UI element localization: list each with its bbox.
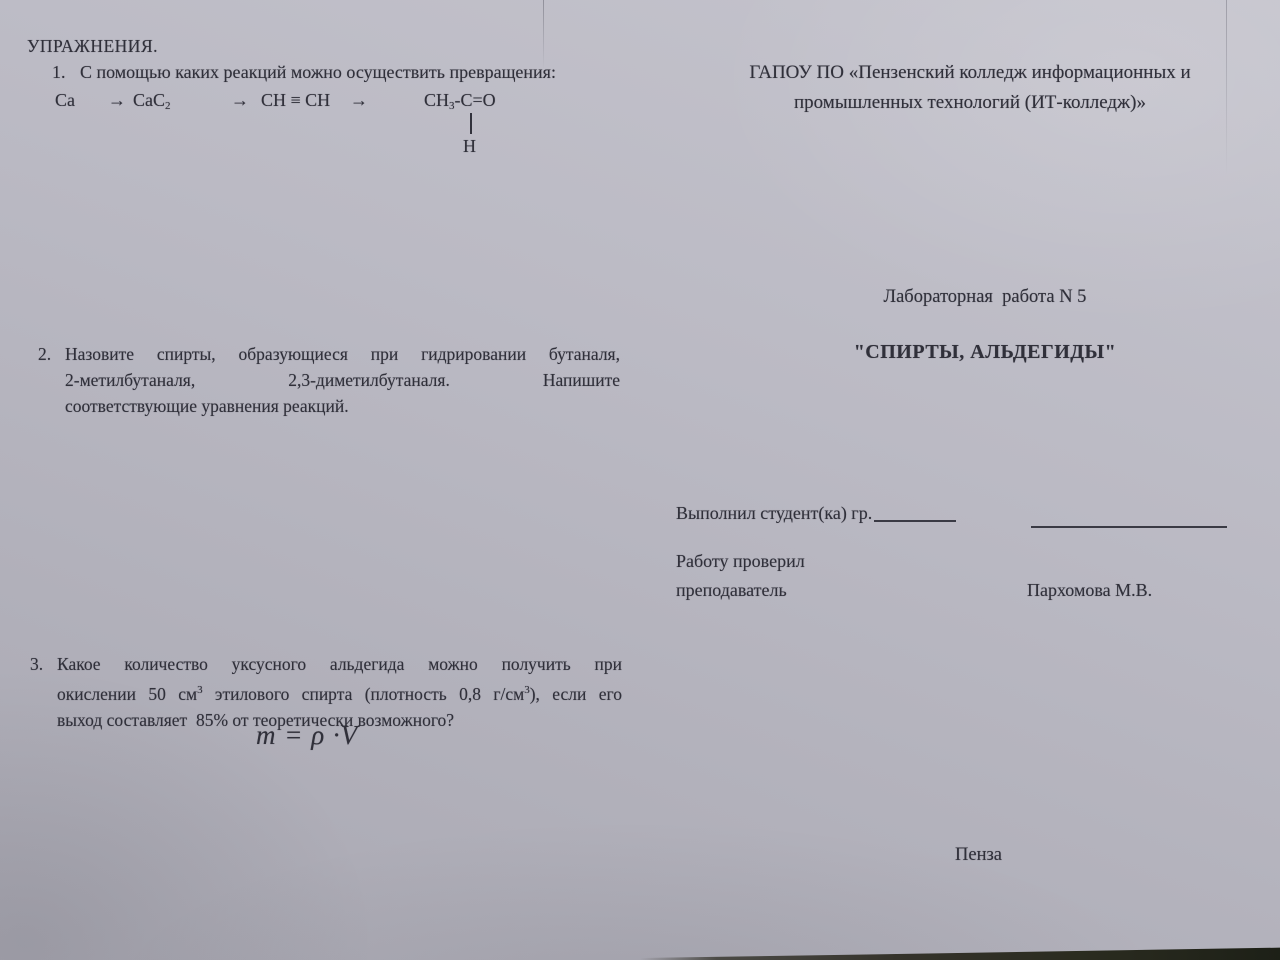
exercise-2-line-1: Назовите спирты, образующиеся при гидрир… xyxy=(65,341,620,367)
exercises-heading: УПРАЖНЕНИЯ. xyxy=(27,36,158,57)
student-label: Выполнил студент(ка) гр. xyxy=(676,503,872,523)
exercise-2-line-3: соответствующие уравнения реакций. xyxy=(65,393,620,419)
exercise-2: 2. Назовите спирты, образующиеся при гид… xyxy=(38,341,620,419)
chem-subscript: 2 xyxy=(165,100,171,112)
mass-formula: m = ρ ·V xyxy=(256,720,358,751)
chem-arrow-3: → xyxy=(350,90,368,111)
exercise-3-line-2: окислении 50 см3 этилового спирта (плотн… xyxy=(57,677,622,707)
document-photo: УПРАЖНЕНИЯ. 1. С помощью каких реакций м… xyxy=(0,0,1280,960)
checked-by-line-1: Работу проверил xyxy=(676,551,805,572)
exercise-2-number: 2. xyxy=(38,341,51,367)
student-group-blank xyxy=(874,518,956,522)
chem-arrow-1: → xyxy=(108,90,126,111)
city-name: Пенза xyxy=(955,845,1002,866)
lab-work-title: Лабораторная работа N 5 xyxy=(750,287,1220,308)
exercise-1-number: 1. xyxy=(52,62,80,83)
paper-fold-line xyxy=(543,0,544,70)
institution-name-line-1: ГАПОУ ПО «Пензенский колледж информацион… xyxy=(690,58,1250,88)
institution-header: ГАПОУ ПО «Пензенский колледж информацион… xyxy=(690,58,1250,118)
student-name-blank xyxy=(1031,508,1227,528)
student-fill-line: Выполнил студент(ка) гр. xyxy=(676,503,956,524)
exercise-1: 1. С помощью каких реакций можно осущест… xyxy=(52,62,612,83)
chem-hydrogen: Н xyxy=(463,136,476,157)
teacher-name: Пархомова М.В. xyxy=(1027,580,1152,601)
checked-by-line-2: преподаватель xyxy=(676,580,787,601)
table-edge xyxy=(640,947,1280,960)
exercise-1-prompt: С помощью каких реакций можно осуществит… xyxy=(80,62,556,83)
exercise-2-line-2: 2-метилбутаналя, 2,3-диметилбутаналя. На… xyxy=(65,367,620,393)
chem-arrow-2: → xyxy=(231,90,249,111)
exercise-3-number: 3. xyxy=(30,651,43,677)
page-edge-line xyxy=(1226,0,1227,175)
exercise-3-line-1: Какое количество уксусного альдегида мож… xyxy=(57,651,622,677)
chem-acetylene: CH ≡ CH xyxy=(261,90,330,111)
institution-name-line-2: промышленных технологий (ИТ-колледж)» xyxy=(690,88,1250,118)
chem-vertical-bond xyxy=(470,113,472,134)
chem-acetaldehyde: CH3-C=O xyxy=(424,90,496,112)
lab-work-subject: "СПИРТЫ, АЛЬДЕГИДЫ" xyxy=(750,341,1220,364)
chem-reactant-ca: Ca xyxy=(55,90,75,111)
chem-calcium-carbide: CaC2 xyxy=(133,90,171,112)
